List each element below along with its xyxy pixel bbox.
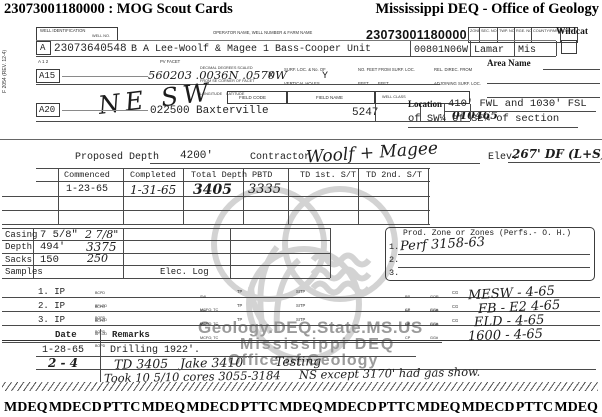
footer-item: PTTC [103, 400, 140, 416]
contractor-label: Contractor [250, 152, 310, 163]
ip3-label: 3. IP [38, 315, 65, 325]
ip3-sitp-label: SITP [296, 318, 305, 323]
footer-item: MDEQ [142, 400, 186, 416]
row-code-cells: A 1 2 [38, 59, 48, 64]
surface-loc-y: Y [322, 71, 328, 82]
ip3-gg-label: GG# [430, 336, 439, 340]
footer-item: MDEQ [417, 400, 461, 416]
ip3-bp-label: BP [405, 323, 410, 327]
proposed-depth-value: 4200' [180, 150, 213, 162]
page-footer: MDEQ MDECD PTTC MDEQ MDECD PTTC MDEQ MDE… [4, 400, 598, 416]
pbtd-value: 3335 [248, 182, 281, 197]
ip3-sw-label: SW [200, 323, 218, 327]
ip2-bcpd-label: BCPD [95, 305, 107, 309]
agency-title: Mississippi DEQ - Office of Geology [375, 1, 599, 18]
depth-label: Depth [5, 242, 32, 252]
prod-zone-n2: 2. [389, 255, 399, 265]
prod-zone-title: Prod. Zone or Zones (Perfs.- O. H.) [403, 229, 571, 238]
casing-label: Casing [5, 230, 37, 240]
remark1-date: 1-28-65 [42, 345, 84, 356]
location-line2: of SW¼ of SE¼ of section [408, 113, 559, 125]
sacks-value-1: 150 [40, 254, 59, 266]
ip1-bp-label: BP [405, 295, 410, 299]
form-number-label: F 2054 (REV. 12-4) [3, 33, 9, 93]
casing-size-1: 7 5/8" [40, 229, 78, 241]
location-line1: 410' FWL and 1030' FSL [448, 98, 587, 110]
ip3-mcfg-label: MCFG; TC [200, 336, 218, 340]
prod-zone-n1: 1. [389, 242, 399, 252]
page-title: 23073001180000 : MOG Scout Cards [4, 1, 233, 18]
pbtd-header: PBTD [252, 170, 272, 180]
well-identification-label: WELL IDENTIFICATION [40, 29, 85, 34]
footer-item: MDECD [462, 400, 515, 416]
completed-header: Completed [130, 170, 176, 180]
facet-coordinates-value: 560203 .0036N .0570W [148, 68, 287, 82]
wildcat-label: Wildcat [556, 27, 588, 37]
watermark-url: Geology.DEQ.State.MS.US [198, 318, 423, 338]
ip1-tp-label: TP [237, 290, 242, 295]
location-label: Location [408, 99, 442, 109]
field-code-value: 022500 [150, 105, 190, 117]
ip3-tp-label: TP [237, 318, 242, 323]
footer-item: MDECD [324, 400, 377, 416]
ip2-sw-label: SW [200, 309, 218, 313]
footer-item: MDEQ [4, 400, 48, 416]
ip1-label: 1. IP [38, 287, 65, 297]
footer-item: PTTC [241, 400, 278, 416]
commenced-header: Commenced [64, 170, 110, 180]
remark1-text: Drilling 1922'. [110, 345, 200, 356]
scan-bottom-edge [2, 382, 598, 391]
rel-direction-line2: ADJOINING SURF. LOC. [434, 82, 481, 87]
operator-farm-value: B A Lee-Woolf & Magee 1 Bass-Cooper Unit [131, 44, 371, 55]
ip3-gor-label: GOR [430, 323, 439, 327]
well-no-label: WELL NO. [92, 34, 110, 38]
ip1-bcpd-label: BCPD [95, 291, 107, 295]
row-a20-prefix: A20 [39, 105, 55, 115]
area-name-label: Area Name [487, 58, 531, 68]
feet-from-surf-label: NO. FEET FROM SURF. LOC. FEET FEET [358, 58, 415, 92]
margin-note-4: 1600 - 4-65 [468, 327, 543, 345]
date-header: Date [55, 330, 77, 340]
rel-direction-line1: REL. DIREC. FROM [434, 68, 481, 73]
footer-item: MDEQ [279, 400, 323, 416]
operator-name-label: OPERATOR NAME, WELL NUMBER & FARM NAME [213, 31, 312, 36]
ip2-label: 2. IP [38, 301, 65, 311]
field-name-value: Baxterville [196, 105, 269, 117]
sacks-label: Sacks [5, 255, 32, 265]
prod-zone-n3: 3. [389, 268, 399, 278]
ip3-cg-label: CG [452, 319, 458, 324]
completed-value: 1-31-65 [130, 183, 176, 197]
total-depth-header: Total Depth [191, 170, 247, 180]
ip3-bp-cp-stack: BP CP [405, 314, 410, 345]
scout-card-page: { "header": { "title_left": "23073001180… [0, 0, 602, 417]
td-1st-header: TD 1st. S/T [300, 170, 356, 180]
footer-item: PTTC [378, 400, 415, 416]
samples-label: Samples [5, 267, 43, 277]
wildcat-checkbox [561, 40, 577, 54]
casing-depth-1: 494' [40, 241, 65, 253]
row-a-prefix: A [40, 43, 45, 53]
well-id-value: 23073640548 [54, 43, 127, 55]
field-code-label: FIELD CODE [239, 95, 266, 100]
sacks-value-2: 250 [87, 252, 108, 265]
footer-item: MDECD [49, 400, 102, 416]
footer-item: MDECD [186, 400, 239, 416]
ip1-gor-label: GOR [430, 295, 439, 299]
commenced-value: 1-23-65 [66, 184, 108, 195]
rel-direction-label: REL. DIREC. FROM ADJOINING SURF. LOC. [434, 58, 481, 92]
ip3-gor-stack: GOR GG# [430, 314, 439, 345]
footer-item: MDEQ [554, 400, 598, 416]
ip1-cg-label: CG [452, 291, 458, 296]
page-header: 23073001180000 : MOG Scout Cards Mississ… [4, 1, 599, 18]
ip2-cg-label: CG [452, 305, 458, 310]
county-value: Lamar [474, 45, 504, 56]
row-a15-prefix: A15 [39, 71, 55, 81]
field-name-label: FIELD NAME [316, 95, 343, 100]
surface-loc-x: X [268, 71, 274, 82]
ip2-tp-label: TP [237, 304, 242, 309]
well-class-label: WELL CLASS [382, 95, 406, 99]
ip2-bp-label: BP [405, 309, 410, 313]
total-depth-value: 3405 [193, 182, 232, 198]
ip3-bcpd-label: BCPD [95, 319, 107, 323]
state-value: Mis [518, 45, 536, 56]
footer-item: PTTC [516, 400, 553, 416]
proposed-depth-label: Proposed Depth [75, 152, 159, 163]
feet-from-surf-line1: NO. FEET FROM SURF. LOC. [358, 68, 415, 73]
surface-location-line1: SURF. LOC. & No. OF [284, 68, 326, 73]
ip1-sitp-label: SITP [296, 290, 305, 295]
elevation-value: 267' DF (L+S) [512, 147, 602, 161]
ip1-sw-label: SW [200, 295, 218, 299]
remarks-header: Remarks [112, 330, 150, 340]
pv-facet-label: PV FACET [160, 60, 180, 65]
ip2-sitp-label: SITP [296, 304, 305, 309]
td-2nd-header: TD 2nd. S/T [366, 170, 422, 180]
ip2-gor-label: GOR [430, 309, 439, 313]
sec-twp-rge-value: 00801N06W [414, 45, 468, 56]
remark2-date: 2 - 4 [48, 356, 78, 370]
ip3-cp-label: CP [405, 336, 410, 340]
elec-log-label: Elec. Log [160, 267, 209, 277]
ip3-gas-stack: SW MCFG; TC [200, 314, 218, 345]
surface-location-label: SURF. LOC. & No. OF VERTICAL HOLES [284, 58, 326, 92]
